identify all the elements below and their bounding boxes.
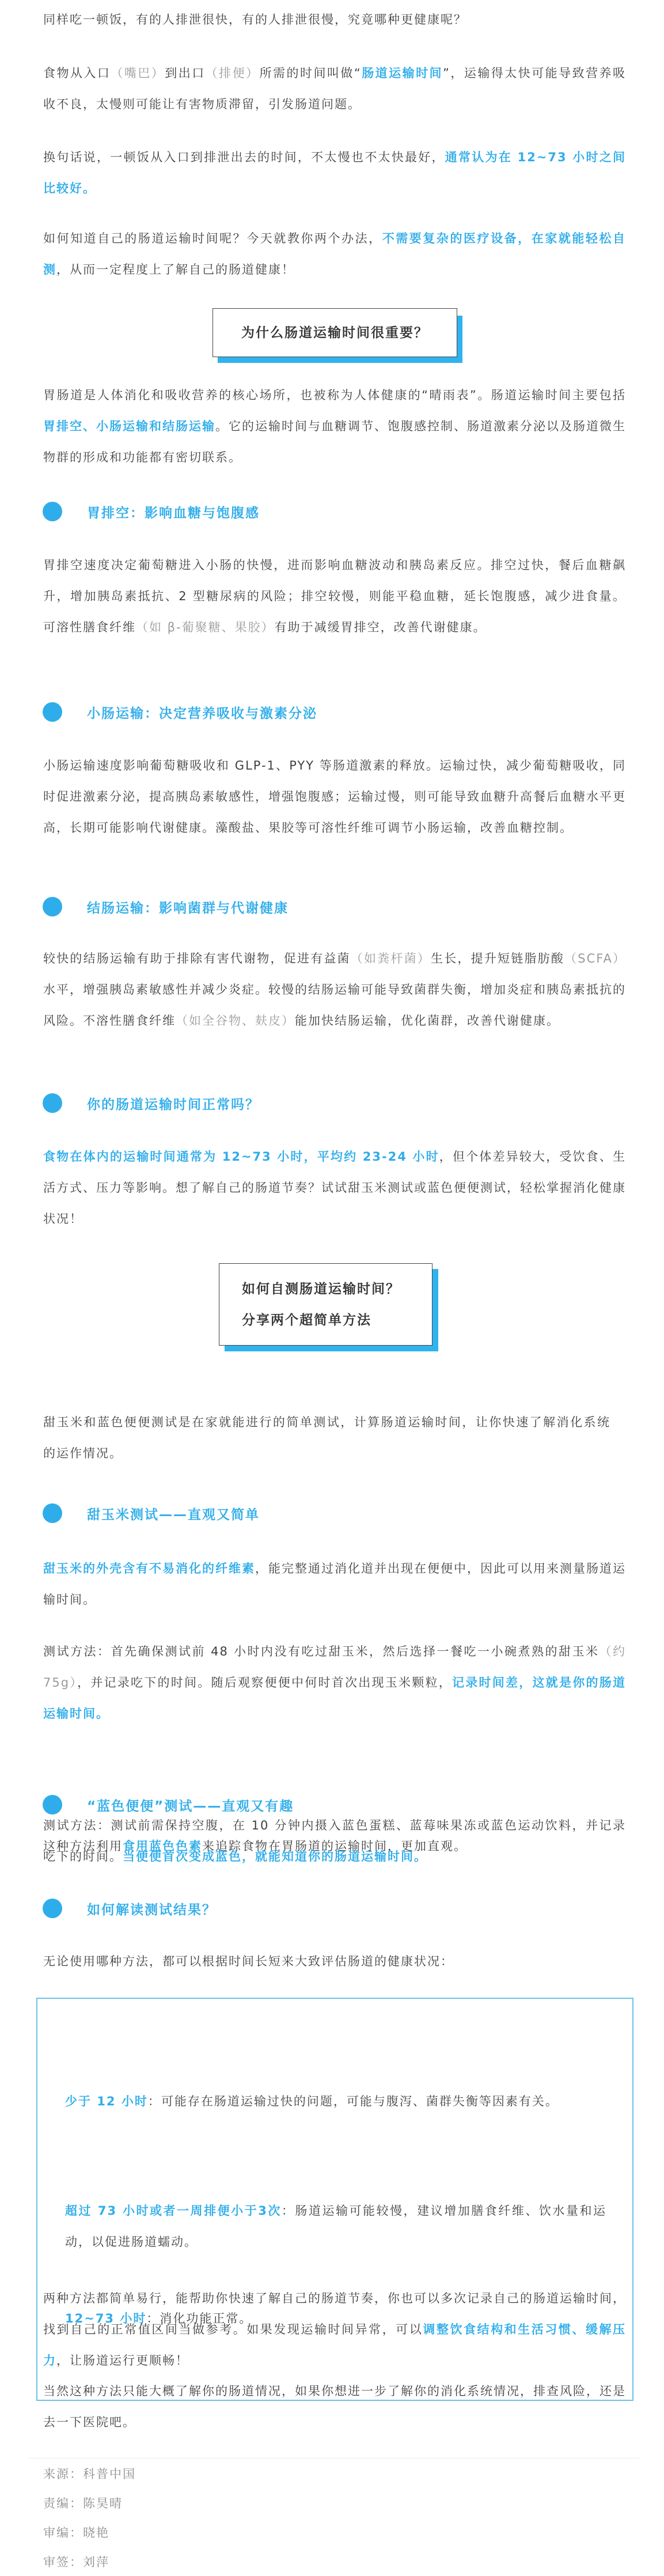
- subheading-corn-test: 甜玉米测试——直观又简单: [43, 1498, 260, 1529]
- parenthetical: （嘴巴）: [111, 66, 165, 80]
- gastric-emptying-paragraph: 胃排空速度决定葡萄糖进入小肠的快慢，进而影响血糖波动和胰岛素反应。排空过快，餐后…: [43, 550, 626, 643]
- text: 当然这种方法只能大概了解你的肠道情况，如果你想进一步了解你的消化系统情况，排查风…: [43, 2384, 626, 2429]
- subheading-text: 甜玉米测试——直观又简单: [87, 1504, 260, 1523]
- results-intro: 无论使用哪种方法，都可以根据时间长短来大致评估肠道的健康状况：: [43, 1946, 626, 1977]
- section-title-line-2: 分享两个超简单方法: [242, 1305, 432, 1336]
- text: 能加快结肠运输，优化菌群，改善代谢健康。: [295, 1014, 560, 1028]
- text: 到出口: [165, 66, 205, 80]
- subheading-small-intestine: 小肠运输：决定营养吸收与激素分泌: [43, 696, 317, 728]
- text: 较快的结肠运输有助于排除有害代谢物，促进有益菌: [43, 952, 351, 965]
- section-title: 为什么肠道运输时间很重要？: [241, 317, 428, 348]
- box-frame: 如何自测肠道运输时间？ 分享两个超简单方法: [219, 1263, 432, 1346]
- parenthetical: （如 β-葡聚糖、果胶）: [136, 620, 275, 634]
- small-intestine-paragraph: 小肠运输速度影响葡萄糖吸收和 GLP-1、PYY 等肠道激素的释放。运输过快，减…: [43, 750, 626, 843]
- text: ，让肠道运行更顺畅！: [56, 2354, 189, 2367]
- result-label: 少于 12 小时: [65, 2094, 148, 2108]
- subheading-normal-transit: 你的肠道运输时间正常吗？: [43, 1088, 260, 1119]
- text: 如何知道自己的肠道运输时间呢？今天就教你两个办法，: [43, 232, 382, 245]
- result-item-under-12h: 少于 12 小时：可能存在肠道运输过快的问题，可能与腹泻、菌群失衡等因素有关。: [65, 2086, 606, 2117]
- parenthetical: （SCFA）: [564, 952, 626, 965]
- text: 有助于减缓胃排空，改善代谢健康。: [275, 620, 487, 634]
- footer-reviewer: 审编：晓艳: [43, 2518, 109, 2548]
- bullet-dot-icon: [43, 897, 62, 916]
- subheading-text: 如何解读测试结果？: [87, 1899, 217, 1918]
- parenthetical: （如全谷物、麸皮）: [176, 1014, 295, 1028]
- result-item-over-73h: 超过 73 小时或者一周排便小于3次：肠道运输可能较慢，建议增加膳食纤维、饮水量…: [65, 2195, 606, 2257]
- box-frame: 为什么肠道运输时间很重要？: [213, 308, 457, 357]
- text: 测试方法：首先确保测试前 48 小时内没有吃过甜玉米，然后选择一餐吃一小碗煮熟的…: [43, 1645, 600, 1658]
- subheading-text: 结肠运输：影响菌群与代谢健康: [87, 897, 289, 916]
- section-1-intro: 胃肠道是人体消化和吸收营养的核心场所，也被称为人体健康的“晴雨表”。肠道运输时间…: [43, 380, 626, 473]
- highlight-text: 胃排空、小肠运输和结肠运输: [43, 419, 215, 433]
- highlight-text: 食物在体内的运输时间通常为 12~73 小时，平均约 23-24 小时: [43, 1150, 439, 1164]
- corn-paragraph-2: 测试方法：首先确保测试前 48 小时内没有吃过甜玉米，然后选择一餐吃一小碗煮熟的…: [43, 1636, 626, 1729]
- text: ，从而一定程度上了解自己的肠道健康！: [56, 263, 295, 276]
- colon-paragraph: 较快的结肠运输有助于排除有害代谢物，促进有益菌（如粪杆菌）生长，提升短链脂肪酸（…: [43, 943, 626, 1036]
- footer-approver: 审签：刘萍: [43, 2548, 109, 2576]
- section-title-line-1: 如何自测肠道运输时间？: [242, 1274, 432, 1305]
- text: 胃肠道是人体消化和吸收营养的核心场所，也被称为人体健康的“晴雨表”。肠道运输时间…: [43, 388, 626, 402]
- text: 换句话说，一顿饭从入口到排泄出去的时间，不太慢也不太快最好，: [43, 150, 445, 164]
- bullet-dot-icon: [43, 1899, 62, 1918]
- subheading-text: 胃排空：影响血糖与饱腹感: [87, 502, 260, 521]
- bullet-dot-icon: [43, 1093, 62, 1113]
- text: 小肠运输速度影响葡萄糖吸收和 GLP-1、PYY 等肠道激素的释放。运输过快，减…: [43, 759, 626, 835]
- intro-text: 同样吃一顿饭，有的人排泄很快，有的人排泄很慢，究竟哪种更健康呢？: [43, 13, 467, 26]
- footer-divider: [29, 2458, 639, 2458]
- subheading-gastric-emptying: 胃排空：影响血糖与饱腹感: [43, 496, 260, 527]
- text: 无论使用哪种方法，都可以根据时间长短来大致评估肠道的健康状况：: [43, 1954, 454, 1968]
- highlight-text: 甜玉米的外壳含有不易消化的纤维素: [43, 1562, 255, 1575]
- result-label: 超过 73 小时或者一周排便小于3次: [65, 2204, 282, 2218]
- text: ，并记录吃下的时间。随后观察便便中何时首次出现玉米颗粒，: [77, 1676, 452, 1689]
- intro-paragraph-2: 食物从入口（嘴巴）到出口（排便）所需的时间叫做“肠道运输时间”，运输得太快可能导…: [43, 58, 626, 120]
- text: 生长，提升短链脂肪酸: [431, 952, 564, 965]
- section-2-intro: 甜玉米和蓝色便便测试是在家就能进行的简单测试，计算肠道运输时间，让你快速了解消化…: [43, 1407, 610, 1469]
- subheading-results: 如何解读测试结果？: [43, 1893, 217, 1924]
- parenthetical: （排便）: [206, 66, 260, 80]
- intro-paragraph-1: 同样吃一顿饭，有的人排泄很快，有的人排泄很慢，究竟哪种更健康呢？: [43, 4, 626, 35]
- text: 食物从入口: [43, 66, 111, 80]
- subheading-text: 小肠运输：决定营养吸收与激素分泌: [87, 703, 317, 722]
- blue-paragraph-2: 测试方法：测试前需保持空腹，在 10 分钟内摄入蓝色蛋糕、蓝莓味果冻或蓝色运动饮…: [43, 1810, 626, 1872]
- closing-paragraph: 两种方法都简单易行，能帮助你快速了解自己的肠道节奏，你也可以多次记录自己的肠道运…: [43, 2283, 626, 2376]
- final-paragraph: 当然这种方法只能大概了解你的肠道情况，如果你想进一步了解你的消化系统情况，排查风…: [43, 2376, 626, 2438]
- intro-paragraph-4: 如何知道自己的肠道运输时间呢？今天就教你两个办法，不需要复杂的医疗设备，在家就能…: [43, 223, 626, 285]
- intro-paragraph-3: 换句话说，一顿饭从入口到排泄出去的时间，不太慢也不太快最好，通常认为在 12~7…: [43, 142, 626, 204]
- corn-paragraph-1: 甜玉米的外壳含有不易消化的纤维素，能完整通过消化道并出现在便便中，因此可以用来测…: [43, 1553, 626, 1615]
- bullet-dot-icon: [43, 502, 62, 521]
- bullet-dot-icon: [43, 702, 62, 722]
- result-text: ：可能存在肠道运输过快的问题，可能与腹泻、菌群失衡等因素有关。: [148, 2094, 559, 2108]
- subheading-colon: 结肠运输：影响菌群与代谢健康: [43, 891, 289, 922]
- text: 所需的时间叫做“: [260, 66, 362, 80]
- parenthetical: （如粪杆菌）: [351, 952, 431, 965]
- highlight-text: 肠道运输时间: [362, 66, 443, 80]
- subheading-text: 你的肠道运输时间正常吗？: [87, 1094, 260, 1113]
- text: 甜玉米和蓝色便便测试是在家就能进行的简单测试，计算肠道运输时间，让你快速了解消化…: [43, 1415, 610, 1460]
- highlight-text: 当便便首次变成蓝色，就能知道你的肠道运输时间。: [123, 1850, 427, 1863]
- footer-source: 来源：科普中国: [43, 2460, 136, 2489]
- bullet-dot-icon: [43, 1503, 62, 1523]
- footer-editor: 责编：陈昊晴: [43, 2489, 123, 2518]
- normal-transit-paragraph: 食物在体内的运输时间通常为 12~73 小时，平均约 23-24 小时，但个体差…: [43, 1141, 626, 1234]
